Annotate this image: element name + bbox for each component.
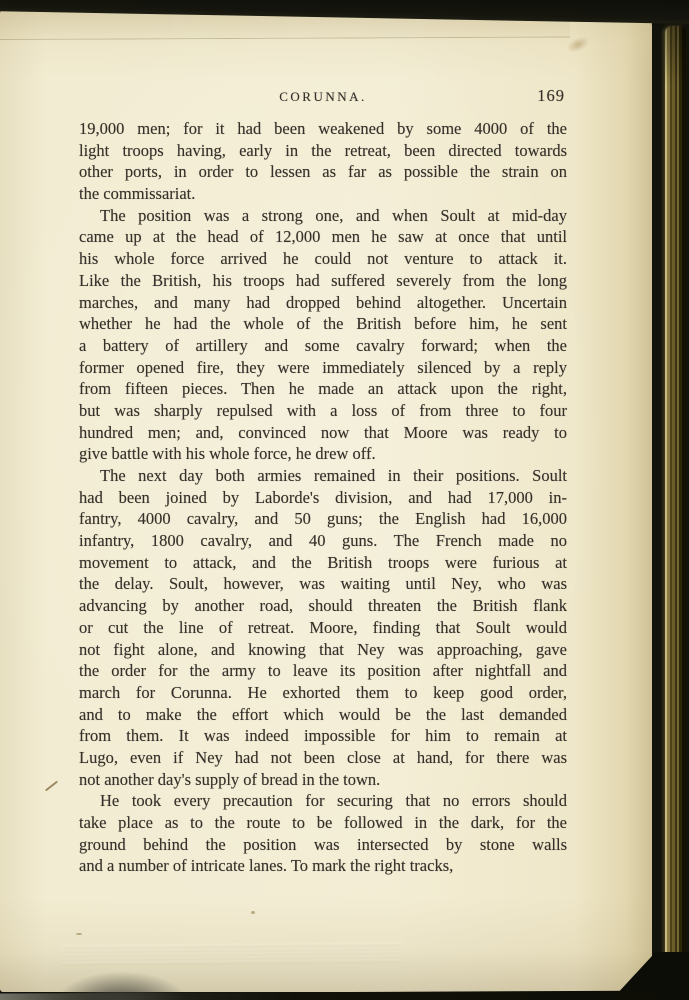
text-line: fantry, 4000 cavalry, and 50 guns; the E…: [79, 508, 567, 530]
text-line: and to make the effort which would be th…: [79, 704, 567, 726]
text-line: the delay. Soult, however, was waiting u…: [79, 573, 567, 595]
text-line: but was sharply repulsed with a loss of …: [79, 400, 567, 422]
text-line: He took every precaution for securing th…: [79, 790, 567, 812]
paragraph: 19,000 men; for it had been weakened by …: [79, 118, 567, 205]
running-title: CORUNNA.: [79, 88, 567, 106]
text-line: movement to attack, and the British troo…: [79, 552, 567, 574]
page-number: 169: [537, 86, 565, 106]
paragraph: The next day both armies remained in the…: [79, 465, 567, 790]
text-line: his whole force arrived he could not ven…: [79, 248, 567, 270]
paper-speck: [251, 911, 255, 914]
text-line: Like the British, his troops had suffere…: [79, 270, 567, 292]
text-line: other ports, in order to lessen as far a…: [79, 161, 567, 183]
text-line: infantry, 1800 cavalry, and 40 guns. The…: [79, 530, 567, 552]
text-line: came up at the head of 12,000 men he saw…: [79, 226, 567, 248]
printed-content: CORUNNA. 169 19,000 men; for it had been…: [79, 88, 567, 877]
text-line: march for Corunna. He exhorted them to k…: [79, 682, 567, 704]
text-line: or cut the line of retreat. Moore, findi…: [79, 617, 567, 639]
text-line: Lugo, even if Ney had not been close at …: [79, 747, 567, 769]
paragraph: The position was a strong one, and when …: [79, 205, 567, 465]
text-line: not fight alone, and knowing that Ney wa…: [79, 639, 567, 661]
text-line: and a number of intricate lanes. To mark…: [79, 855, 567, 877]
text-line: former opened fire, they were immediatel…: [79, 357, 567, 379]
text-line: not another day's supply of bread in the…: [79, 769, 567, 791]
text-line: 19,000 men; for it had been weakened by …: [79, 118, 567, 140]
paragraph: He took every precaution for securing th…: [79, 790, 567, 877]
bottom-left-shadow: [52, 970, 192, 1000]
text-line: whether he had the whole of the British …: [79, 313, 567, 335]
text-line: The position was a strong one, and when …: [79, 205, 567, 227]
text-line: ground behind the position was intersect…: [79, 834, 567, 856]
running-head: CORUNNA. 169: [79, 88, 567, 106]
book-scan: CORUNNA. 169 19,000 men; for it had been…: [0, 0, 689, 1000]
text-line: the order for the army to leave its posi…: [79, 660, 567, 682]
text-line: marches, and many had dropped behind alt…: [79, 292, 567, 314]
text-line: light troops having, early in the retrea…: [79, 140, 567, 162]
text-line: give battle with his whole force, he dre…: [79, 443, 567, 465]
text-line: from them. It was indeed impossible for …: [79, 725, 567, 747]
text-line: a battery of artillery and some cavalry …: [79, 335, 567, 357]
page-edges-bottom-curl: [62, 943, 402, 966]
text-line: The next day both armies remained in the…: [79, 465, 567, 487]
paper-speck: [76, 933, 82, 935]
text-line: from fifteen pieces. Then he made an att…: [79, 378, 567, 400]
text-line: hundred men; and, convinced now that Moo…: [79, 422, 567, 444]
text-line: take place as to the route to be followe…: [79, 812, 567, 834]
text-line: had been joined by Laborde's division, a…: [79, 487, 567, 509]
text-block: 19,000 men; for it had been weakened by …: [79, 118, 567, 877]
text-line: the commissariat.: [79, 183, 567, 205]
page-edges-right: [665, 26, 686, 992]
text-line: advancing by another road, should threat…: [79, 595, 567, 617]
